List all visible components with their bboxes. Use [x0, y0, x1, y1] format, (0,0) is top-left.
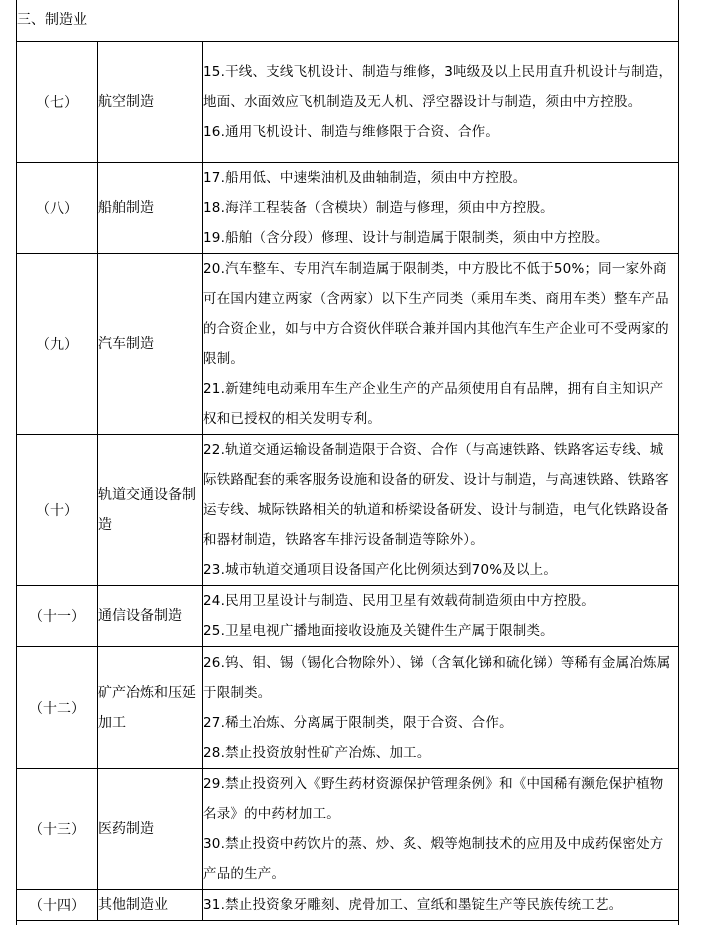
- category-content: 26.钨、钼、锡（锡化合物除外）、锑（含氧化锑和硫化锑）等稀有金属冶炼属于限制类…: [203, 647, 679, 769]
- category-name: 医药制造: [98, 769, 203, 890]
- category-content: 29.禁止投资列入《野生药材资源保护管理条例》和《中国稀有濒危保护植物名录》的中…: [203, 769, 679, 890]
- category-number: （八）: [17, 163, 98, 254]
- category-number: （十四）: [17, 890, 98, 921]
- policy-item: 21.新建纯电动乘用车生产企业生产的产品须使用自有品牌，拥有自主知识产权和已授权…: [203, 374, 674, 434]
- category-number: （十三）: [17, 769, 98, 890]
- category-name: 轨道交通设备制造: [98, 435, 203, 586]
- policy-item: 19.船舶（含分段）修理、设计与制造属于限制类，须由中方控股。: [203, 223, 674, 253]
- category-content: 31.禁止投资象牙雕刻、虎骨加工、宣纸和墨锭生产等民族传统工艺。: [203, 890, 679, 921]
- policy-item: 22.轨道交通运输设备制造限于合资、合作（与高速铁路、铁路客运专线、城际铁路配套…: [203, 435, 674, 555]
- policy-item: 25.卫星电视广播地面接收设施及关键件生产属于限制类。: [203, 616, 674, 646]
- next-section-cell: [17, 921, 679, 925]
- section-header-cell: 三、制造业: [17, 0, 679, 42]
- category-name: 通信设备制造: [98, 586, 203, 647]
- next-section-row: [17, 921, 679, 925]
- table-row: （十四） 其他制造业 31.禁止投资象牙雕刻、虎骨加工、宣纸和墨锭生产等民族传统…: [17, 890, 679, 921]
- category-number: （十一）: [17, 586, 98, 647]
- policy-item: 30.禁止投资中药饮片的蒸、炒、炙、煅等炮制技术的应用及中成药保密处方产品的生产…: [203, 829, 674, 889]
- table-row: （九） 汽车制造 20.汽车整车、专用汽车制造属于限制类，中方股比不低于50%；…: [17, 254, 679, 435]
- category-name: 航空制造: [98, 42, 203, 163]
- table-row: （十三） 医药制造 29.禁止投资列入《野生药材资源保护管理条例》和《中国稀有濒…: [17, 769, 679, 890]
- category-content: 15.干线、支线飞机设计、制造与维修，3吨级及以上民用直升机设计与制造，地面、水…: [203, 42, 679, 163]
- table-row: （十） 轨道交通设备制造 22.轨道交通运输设备制造限于合资、合作（与高速铁路、…: [17, 435, 679, 586]
- category-content: 24.民用卫星设计与制造、民用卫星有效载荷制造须由中方控股。 25.卫星电视广播…: [203, 586, 679, 647]
- category-number: （七）: [17, 42, 98, 163]
- table-row: （十一） 通信设备制造 24.民用卫星设计与制造、民用卫星有效载荷制造须由中方控…: [17, 586, 679, 647]
- section-header-row: 三、制造业: [17, 0, 679, 42]
- category-number: （十）: [17, 435, 98, 586]
- policy-item: 29.禁止投资列入《野生药材资源保护管理条例》和《中国稀有濒危保护植物名录》的中…: [203, 769, 674, 829]
- policy-item: 31.禁止投资象牙雕刻、虎骨加工、宣纸和墨锭生产等民族传统工艺。: [203, 890, 674, 920]
- category-number: （十二）: [17, 647, 98, 769]
- policy-item: 24.民用卫星设计与制造、民用卫星有效载荷制造须由中方控股。: [203, 586, 674, 616]
- policy-item: 15.干线、支线飞机设计、制造与维修，3吨级及以上民用直升机设计与制造，地面、水…: [203, 57, 674, 117]
- category-content: 17.船用低、中速柴油机及曲轴制造，须由中方控股。 18.海洋工程装备（含模块）…: [203, 163, 679, 254]
- table-row: （七） 航空制造 15.干线、支线飞机设计、制造与维修，3吨级及以上民用直升机设…: [17, 42, 679, 163]
- category-name: 船舶制造: [98, 163, 203, 254]
- policy-item: 18.海洋工程装备（含模块）制造与修理，须由中方控股。: [203, 193, 674, 223]
- policy-item: 26.钨、钼、锡（锡化合物除外）、锑（含氧化锑和硫化锑）等稀有金属冶炼属于限制类…: [203, 648, 674, 708]
- document-page: 三、制造业 （七） 航空制造 15.干线、支线飞机设计、制造与维修，3吨级及以上…: [16, 0, 678, 925]
- category-name: 汽车制造: [98, 254, 203, 435]
- policy-item: 27.稀土冶炼、分离属于限制类，限于合资、合作。: [203, 708, 674, 738]
- category-content: 22.轨道交通运输设备制造限于合资、合作（与高速铁路、铁路客运专线、城际铁路配套…: [203, 435, 679, 586]
- category-name: 矿产冶炼和压延加工: [98, 647, 203, 769]
- policy-item: 23.城市轨道交通项目设备国产化比例须达到70%及以上。: [203, 555, 674, 585]
- policy-item: 17.船用低、中速柴油机及曲轴制造，须由中方控股。: [203, 163, 674, 193]
- manufacturing-restrictions-table: 三、制造业 （七） 航空制造 15.干线、支线飞机设计、制造与维修，3吨级及以上…: [16, 0, 679, 925]
- table-row: （八） 船舶制造 17.船用低、中速柴油机及曲轴制造，须由中方控股。 18.海洋…: [17, 163, 679, 254]
- section-title: 三、制造业: [17, 12, 87, 28]
- category-number: （九）: [17, 254, 98, 435]
- category-content: 20.汽车整车、专用汽车制造属于限制类，中方股比不低于50%；同一家外商可在国内…: [203, 254, 679, 435]
- policy-item: 16.通用飞机设计、制造与维修限于合资、合作。: [203, 117, 674, 147]
- policy-item: 20.汽车整车、专用汽车制造属于限制类，中方股比不低于50%；同一家外商可在国内…: [203, 254, 674, 374]
- category-name: 其他制造业: [98, 890, 203, 921]
- table-row: （十二） 矿产冶炼和压延加工 26.钨、钼、锡（锡化合物除外）、锑（含氧化锑和硫…: [17, 647, 679, 769]
- policy-item: 28.禁止投资放射性矿产冶炼、加工。: [203, 738, 674, 768]
